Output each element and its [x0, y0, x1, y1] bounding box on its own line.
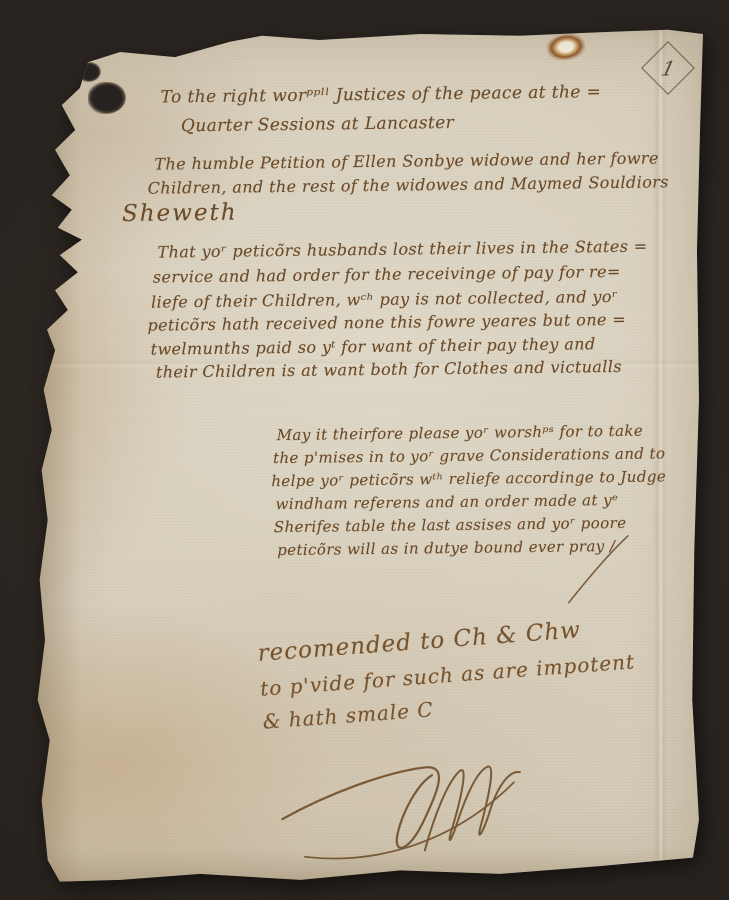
signature-flourish — [274, 752, 545, 867]
petitioner-line: The humble Petition of Ellen Sonbye wido… — [154, 148, 659, 173]
manuscript-text-layer: To the right worᵖᵖˡˡ Justices of the pea… — [30, 24, 710, 889]
address-line: To the right worᵖᵖˡˡ Justices of the pea… — [160, 82, 601, 107]
paper-sheet-wrap: 1 To the right worᵖᵖˡˡ Justices of the p… — [35, 28, 705, 885]
prayer-line: windham referens and an order made at yᵉ — [275, 491, 618, 513]
manuscript-photo: { "colors": { "background": "#27221e", "… — [0, 0, 729, 900]
sheweth-heading: Sheweth — [122, 200, 238, 227]
address-line: Quarter Sessions at Lancaster — [181, 113, 454, 136]
body-line: twelmunths paid so yᵗ for want of their … — [151, 334, 596, 358]
body-line: service and had order for the receivinge… — [153, 262, 621, 287]
body-line: liefe of their Children, wᶜʰ pay is not … — [151, 287, 618, 312]
body-line: their Children is at want both for Cloth… — [156, 357, 622, 382]
paper-sheet: 1 To the right worᵖᵖˡˡ Justices of the p… — [35, 28, 705, 885]
prayer-line: helpe yoʳ peticõrs wᵗʰ reliefe according… — [271, 467, 666, 490]
pray-slash-flourish — [558, 530, 639, 611]
body-line: peticõrs hath received none this fowre y… — [147, 310, 626, 335]
prayer-line: May it theirfore please yoʳ worshᵖˢ for … — [277, 422, 644, 444]
prayer-line: the p'mises in to yoʳ grave Consideratio… — [273, 444, 666, 467]
petitioner-line: Children, and the rest of the widowes an… — [148, 172, 669, 197]
endorsement-note: recomended to Ch & Chw to p'vide for suc… — [257, 613, 638, 733]
body-line: That yoʳ peticõrs husbands lost their li… — [157, 237, 647, 262]
